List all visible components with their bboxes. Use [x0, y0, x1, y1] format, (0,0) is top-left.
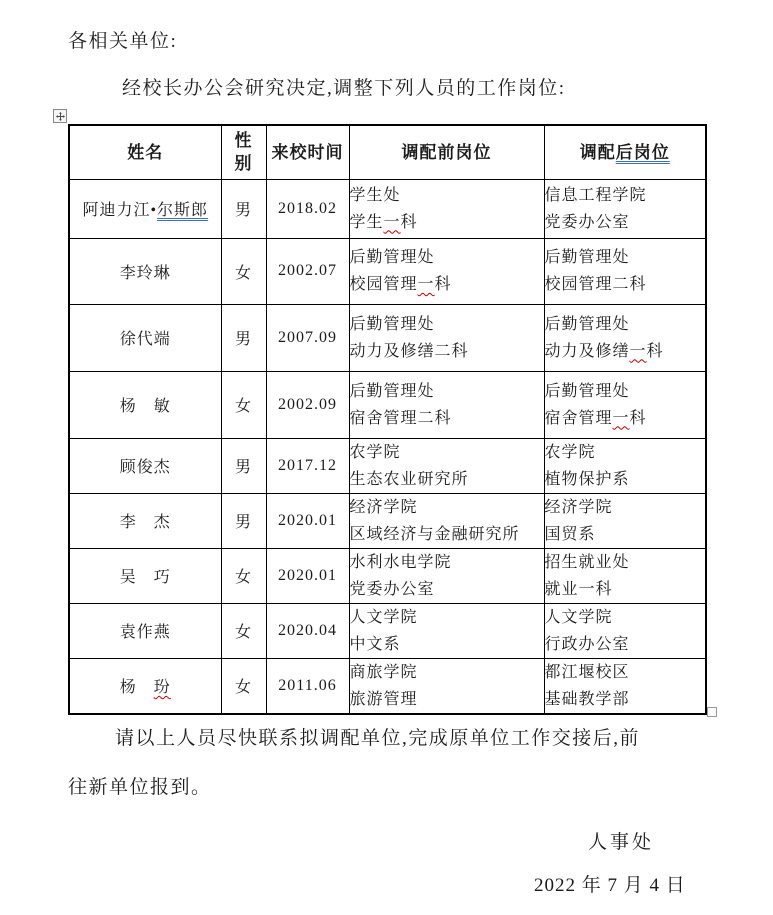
table-row: 李 杰 男 2020.01 经济学院 区域经济与金融研究所 经济学院 国贸系: [69, 493, 706, 548]
cell-after-position: 经济学院 国贸系: [544, 493, 706, 548]
cell-name: 李 杰: [69, 493, 221, 548]
table-row: 杨 敏 女 2002.09 后勤管理处 宿舍管理二科 后勤管理处 宿舍管理一科: [69, 371, 706, 438]
table-row: 杨 玢 女 2011.06 商旅学院 旅游管理 都江堰校区 基础教学部: [69, 658, 706, 714]
cell-gender: 女: [221, 238, 266, 304]
cell-name: 顾俊杰: [69, 438, 221, 493]
cell-after-position: 都江堰校区 基础教学部: [544, 658, 706, 714]
table-move-handle[interactable]: [53, 109, 67, 123]
cell-gender: 女: [221, 658, 266, 714]
spell-mark: 玢: [154, 679, 171, 696]
closing-paragraph-line1: 请以上人员尽快联系拟调配单位,完成原单位工作交接后,前: [115, 723, 711, 750]
personnel-transfer-table: 姓名 性 别 来校时间 调配前岗位 调配后岗位 阿迪力江•尔斯郎 男 2018.…: [68, 124, 707, 715]
cell-after-position: 信息工程学院 党委办公室: [544, 179, 706, 238]
grammar-mark: 尔斯郎: [157, 202, 208, 219]
cell-arrival: 2020.01: [266, 493, 349, 548]
cell-arrival: 2002.09: [266, 371, 349, 438]
header-after: 调配后岗位: [544, 125, 706, 179]
salutation-text: 各相关单位:: [68, 26, 177, 53]
cell-arrival: 2007.09: [266, 304, 349, 371]
table-row: 阿迪力江•尔斯郎 男 2018.02 学生处 学生一科 信息工程学院 党委办公室: [69, 179, 706, 238]
table-row: 徐代端 男 2007.09 后勤管理处 动力及修缮二科 后勤管理处 动力及修缮一…: [69, 304, 706, 371]
cell-before-position: 后勤管理处 校园管理一科: [349, 238, 544, 304]
cell-arrival: 2011.06: [266, 658, 349, 714]
cell-name: 阿迪力江•尔斯郎: [69, 179, 221, 238]
intro-paragraph: 经校长办公会研究决定,调整下列人员的工作岗位:: [122, 73, 566, 100]
cell-name: 杨 玢: [69, 658, 221, 714]
spell-mark: 一: [384, 214, 401, 231]
cell-name: 吴 巧: [69, 548, 221, 603]
cell-arrival: 2020.01: [266, 548, 349, 603]
cell-gender: 女: [221, 371, 266, 438]
cell-before-position: 学生处 学生一科: [349, 179, 544, 238]
cell-before-position: 农学院 生态农业研究所: [349, 438, 544, 493]
cell-name: 杨 敏: [69, 371, 221, 438]
document-page: 各相关单位: 经校长办公会研究决定,调整下列人员的工作岗位: 姓名 性 别 来校…: [0, 0, 773, 915]
table-row: 吴 巧 女 2020.01 水利水电学院 党委办公室 招生就业处 就业一科: [69, 548, 706, 603]
move-cross-icon: [56, 112, 65, 121]
cell-after-position: 农学院 植物保护系: [544, 438, 706, 493]
header-arrival: 来校时间: [266, 125, 349, 179]
closing-paragraph-line2: 往新单位报到。: [68, 772, 212, 799]
signature-department: 人事处: [588, 827, 654, 854]
cell-arrival: 2018.02: [266, 179, 349, 238]
cell-after-position: 后勤管理处 校园管理二科: [544, 238, 706, 304]
grammar-mark: 后岗位: [616, 143, 670, 162]
cell-gender: 女: [221, 603, 266, 658]
table-row: 顾俊杰 男 2017.12 农学院 生态农业研究所 农学院 植物保护系: [69, 438, 706, 493]
cell-after-position: 招生就业处 就业一科: [544, 548, 706, 603]
spell-mark: 一: [418, 276, 435, 293]
cell-before-position: 后勤管理处 动力及修缮二科: [349, 304, 544, 371]
table-row: 袁作燕 女 2020.04 人文学院 中文系 人文学院 行政办公室: [69, 603, 706, 658]
cell-arrival: 2002.07: [266, 238, 349, 304]
table-row: 李玲琳 女 2002.07 后勤管理处 校园管理一科 后勤管理处 校园管理二科: [69, 238, 706, 304]
cell-name: 徐代端: [69, 304, 221, 371]
cell-before-position: 水利水电学院 党委办公室: [349, 548, 544, 603]
cell-arrival: 2017.12: [266, 438, 349, 493]
table-header-row: 姓名 性 别 来校时间 调配前岗位 调配后岗位: [69, 125, 706, 179]
header-name: 姓名: [69, 125, 221, 179]
cell-gender: 男: [221, 304, 266, 371]
cell-name: 李玲琳: [69, 238, 221, 304]
cell-gender: 男: [221, 438, 266, 493]
cell-after-position: 后勤管理处 宿舍管理一科: [544, 371, 706, 438]
cell-before-position: 商旅学院 旅游管理: [349, 658, 544, 714]
cell-gender: 男: [221, 493, 266, 548]
table-resize-handle[interactable]: [707, 707, 717, 717]
cell-arrival: 2020.04: [266, 603, 349, 658]
spell-mark: 一: [630, 343, 647, 360]
cell-gender: 女: [221, 548, 266, 603]
cell-after-position: 人文学院 行政办公室: [544, 603, 706, 658]
cell-gender: 男: [221, 179, 266, 238]
cell-name: 袁作燕: [69, 603, 221, 658]
cell-before-position: 经济学院 区域经济与金融研究所: [349, 493, 544, 548]
spell-mark: 一: [613, 410, 630, 427]
cell-after-position: 后勤管理处 动力及修缮一科: [544, 304, 706, 371]
cell-before-position: 后勤管理处 宿舍管理二科: [349, 371, 544, 438]
header-gender: 性 别: [221, 125, 266, 179]
cell-before-position: 人文学院 中文系: [349, 603, 544, 658]
document-date: 2022 年 7 月 4 日: [534, 870, 686, 897]
header-before: 调配前岗位: [349, 125, 544, 179]
